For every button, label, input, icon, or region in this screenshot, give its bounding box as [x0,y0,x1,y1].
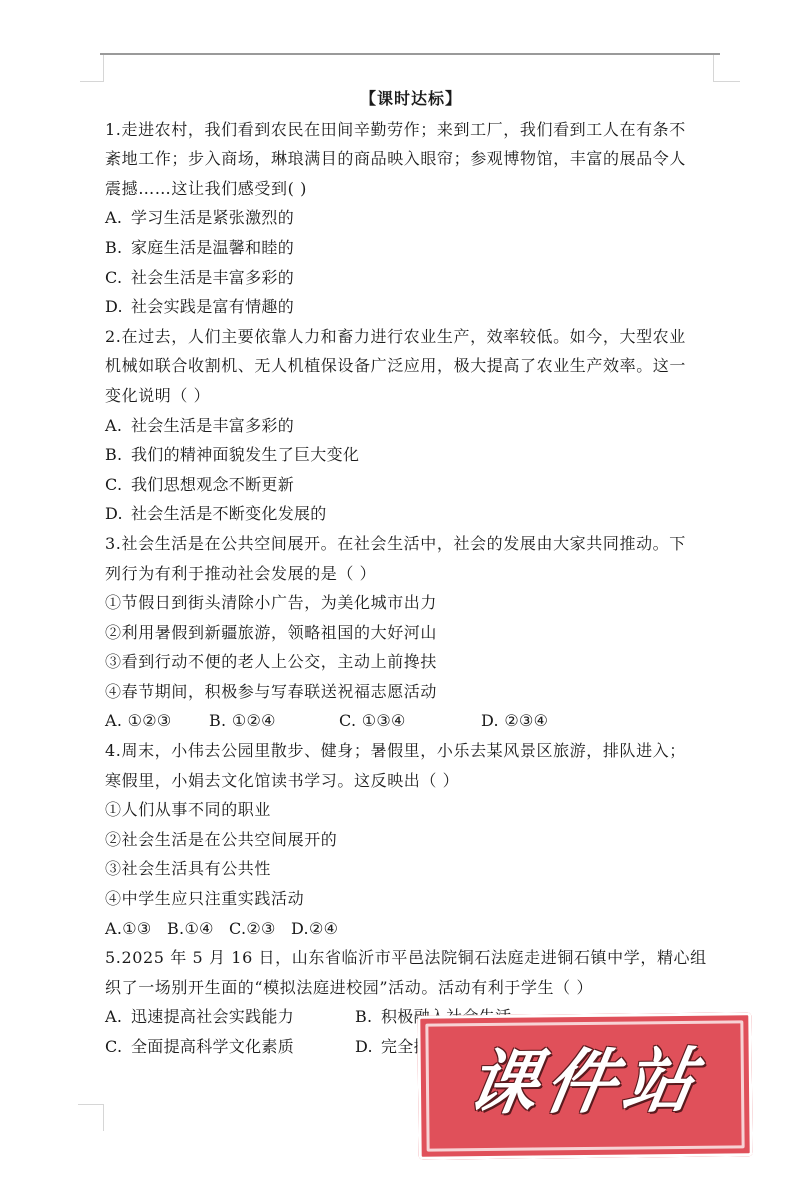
option-a: A.社会生活是丰富多彩的 [105,411,717,441]
question-stem-line: 机械如联合收割机、无人机植保设备广泛应用，极大提高了农业生产效率。这一 [105,351,717,381]
question-stem-line: 紊地工作；步入商场，琳琅满目的商品映入眼帘；参观博物馆，丰富的展品令人 [105,144,717,174]
margin-corner-top-left [80,55,104,82]
option-text: 全面提高科学文化素质 [131,1032,294,1062]
option-letter: C. [229,914,246,944]
option-text: 社会实践是富有情趣的 [131,292,294,322]
section-title: 【课时达标】 [105,84,717,114]
question-3: 3.社会生活是在公共空间展开。在社会生活中，社会的发展由大家共同推动。下 列行为… [105,529,717,736]
option-a: A.学习生活是紧张激烈的 [105,203,717,233]
page-header-rule [100,53,720,55]
options-row: A. ①②③B. ①②④C. ①③④D. ②③④ [105,706,717,736]
statement-3: ③社会生活具有公共性 [105,854,717,884]
option-c: C.全面提高科学文化素质 [105,1032,355,1062]
option-letter: B. [167,914,184,944]
option-letter: A. [105,914,122,944]
option-b: B.①④ [167,914,229,944]
option-text: ①③ [122,914,151,944]
option-text: ①④ [184,914,213,944]
option-letter: B. [105,233,131,263]
option-letter: B. [355,1002,381,1032]
option-letter: D. [105,292,131,322]
option-text: 社会生活是丰富多彩的 [131,263,294,293]
option-letter: C. [105,470,131,500]
option-letter: D. [481,706,499,736]
statement-1: ①人们从事不同的职业 [105,795,717,825]
option-a: A.①③ [105,914,167,944]
option-d: D.②④ [291,914,338,944]
option-a: A. ①②③ [105,706,209,736]
statement-3: ③看到行动不便的老人上公交，主动上前搀扶 [105,647,717,677]
option-c: C. ①③④ [339,706,481,736]
question-stem-line: 变化说明（ ） [105,381,717,411]
option-d: D. ②③④ [481,706,548,736]
watermark-stamp: 课件站 [417,1012,752,1159]
option-d: D.社会生活是不断变化发展的 [105,499,717,529]
question-4: 4.周末，小伟去公园里散步、健身；暑假里，小乐去某风景区旅游，排队进入； 寒假里… [105,736,717,943]
question-stem-line: 2.在过去，人们主要依靠人力和畜力进行农业生产，效率较低。如今，大型农业 [105,322,717,352]
option-text: ①②④ [232,706,276,736]
option-letter: A. [105,706,122,736]
option-text: 家庭生活是温馨和睦的 [131,233,294,263]
statement-4: ④中学生应只注重实践活动 [105,884,717,914]
option-letter: C. [105,1032,131,1062]
option-text: ②④ [309,914,338,944]
option-text: 迅速提高社会实践能力 [131,1002,294,1032]
question-stem-line: 列行为有利于推动社会发展的是（ ） [105,559,717,589]
option-d: D.社会实践是富有情趣的 [105,292,717,322]
statement-2: ②利用暑假到新疆旅游，领略祖国的大好河山 [105,618,717,648]
option-text: 我们思想观念不断更新 [131,470,294,500]
option-text: 学习生活是紧张激烈的 [131,203,294,233]
question-stem-line: 寒假里，小娟去文化馆读书学习。这反映出（ ） [105,766,717,796]
option-letter: D. [355,1032,381,1062]
question-stem-line: 4.周末，小伟去公园里散步、健身；暑假里，小乐去某风景区旅游，排队进入； [105,736,717,766]
option-text: ①②③ [128,706,172,736]
option-text: ①③④ [362,706,406,736]
option-text: ②③ [246,914,275,944]
margin-corner-bottom-left [78,1104,104,1131]
option-letter: B. [105,440,131,470]
option-c: C.我们思想观念不断更新 [105,470,717,500]
question-stem-line: 织了一场别开生面的“模拟法庭进校园”活动。活动有利于学生（ ） [105,973,717,1003]
question-stem-line: 震撼……这让我们感受到( ) [105,174,717,204]
option-b: B. ①②④ [209,706,339,736]
option-letter: D. [291,914,309,944]
question-stem-line: 5.2025 年 5 月 16 日，山东省临沂市平邑法院铜石法庭走进铜石镇中学，… [105,943,717,973]
watermark-text: 课件站 [411,1040,758,1124]
option-c: C.②③ [229,914,291,944]
option-text: ②③④ [504,706,548,736]
option-b: B.家庭生活是温馨和睦的 [105,233,717,263]
statement-4: ④春节期间，积极参与写春联送祝福志愿活动 [105,677,717,707]
statement-2: ②社会生活是在公共空间展开的 [105,825,717,855]
option-text: 社会生活是丰富多彩的 [131,411,294,441]
option-a: A.迅速提高社会实践能力 [105,1002,355,1032]
option-letter: A. [105,411,131,441]
option-c: C.社会生活是丰富多彩的 [105,263,717,293]
margin-corner-top-right [713,55,740,82]
question-stem-line: 3.社会生活是在公共空间展开。在社会生活中，社会的发展由大家共同推动。下 [105,529,717,559]
option-letter: A. [105,203,131,233]
option-b: B.我们的精神面貌发生了巨大变化 [105,440,717,470]
option-letter: C. [339,706,356,736]
question-1: 1.走进农村，我们看到农民在田间辛勤劳作；来到工厂，我们看到工人在有条不 紊地工… [105,115,717,322]
option-letter: C. [105,263,131,293]
question-2: 2.在过去，人们主要依靠人力和畜力进行农业生产，效率较低。如今，大型农业 机械如… [105,322,717,529]
question-stem-line: 1.走进农村，我们看到农民在田间辛勤劳作；来到工厂，我们看到工人在有条不 [105,115,717,145]
options-row: A.①③B.①④C.②③D.②④ [105,914,717,944]
document-page: 【课时达标】 1.走进农村，我们看到农民在田间辛勤劳作；来到工厂，我们看到工人在… [105,84,717,1062]
option-letter: B. [209,706,226,736]
option-letter: A. [105,1002,131,1032]
option-text: 我们的精神面貌发生了巨大变化 [131,440,359,470]
option-letter: D. [105,499,131,529]
option-text: 社会生活是不断变化发展的 [131,499,327,529]
statement-1: ①节假日到街头清除小广告，为美化城市出力 [105,588,717,618]
